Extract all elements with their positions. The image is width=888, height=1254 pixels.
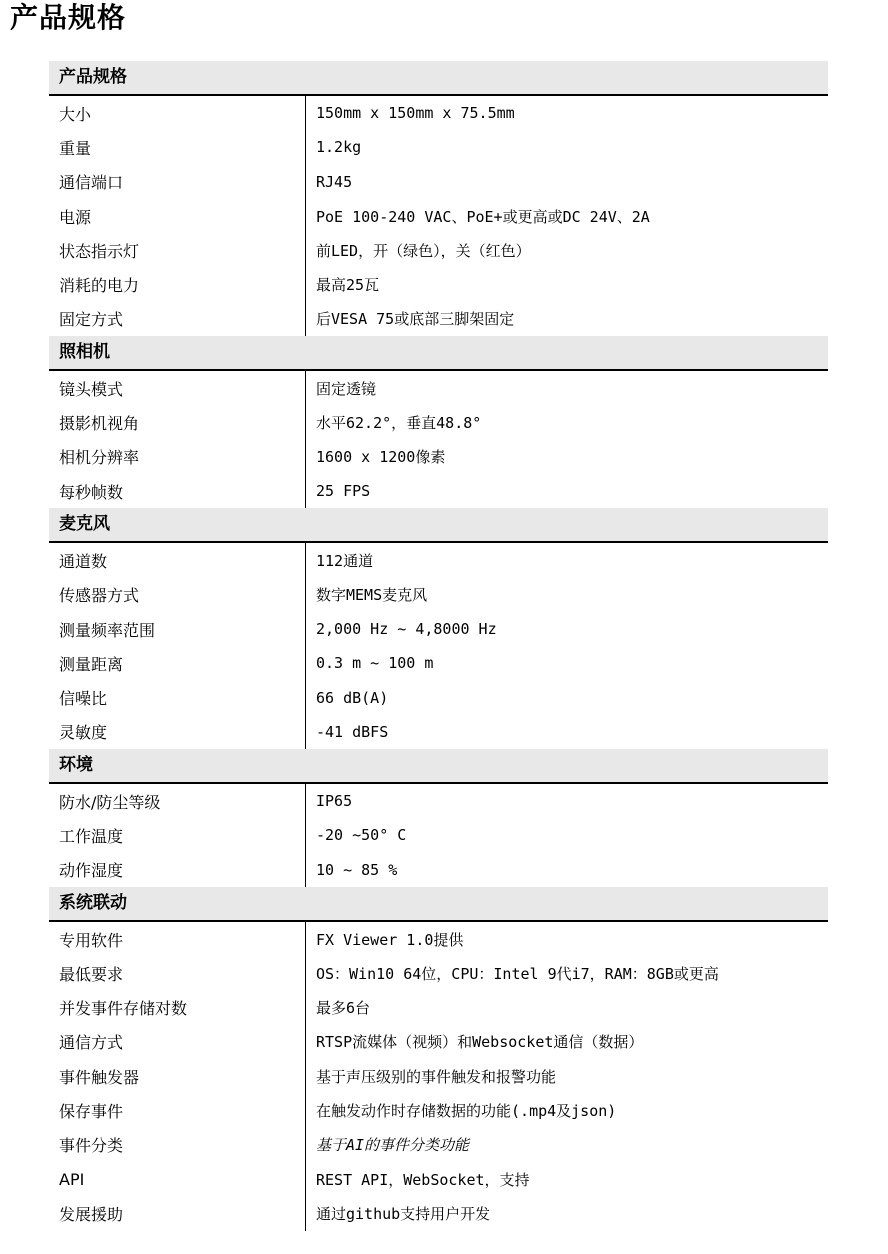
spec-value: 112通道 bbox=[306, 543, 373, 577]
section-header-microphone: 麦克风 bbox=[49, 508, 828, 543]
spec-row-fps: 每秒帧数 25 FPS bbox=[49, 474, 828, 508]
spec-label: 传感器方式 bbox=[49, 578, 306, 612]
spec-value: 水平62.2°，垂直48.8° bbox=[306, 405, 481, 439]
spec-label: 发展援助 bbox=[49, 1196, 306, 1230]
spec-table: 产品规格 大小 150mm x 150mm x 75.5mm 重量 1.2kg … bbox=[49, 61, 828, 1231]
spec-label: 每秒帧数 bbox=[49, 474, 306, 508]
spec-row-software: 专用软件 FX Viewer 1.0提供 bbox=[49, 922, 828, 956]
spec-label: 事件触发器 bbox=[49, 1059, 306, 1093]
spec-value: 25 FPS bbox=[306, 474, 370, 508]
spec-label: API bbox=[49, 1162, 306, 1196]
spec-value: 在触发动作时存储数据的功能(.mp4及json) bbox=[306, 1093, 616, 1127]
spec-label: 消耗的电力 bbox=[49, 267, 306, 301]
spec-value: 最多6台 bbox=[306, 991, 370, 1025]
spec-label: 动作湿度 bbox=[49, 853, 306, 887]
spec-row-frequency-range: 测量频率范围 2,000 Hz ~ 4,8000 Hz bbox=[49, 612, 828, 646]
section-header-system-integration: 系统联动 bbox=[49, 887, 828, 922]
spec-row-communication: 通信方式 RTSP流媒体（视频）和Websocket通信（数据） bbox=[49, 1025, 828, 1059]
spec-value: IP65 bbox=[306, 784, 352, 818]
spec-value: RTSP流媒体（视频）和Websocket通信（数据） bbox=[306, 1025, 643, 1059]
spec-label: 事件分类 bbox=[49, 1128, 306, 1162]
section-header-environment: 环境 bbox=[49, 749, 828, 784]
spec-value: 1600 x 1200像素 bbox=[306, 440, 445, 474]
spec-value: 前LED，开（绿色），关（红色） bbox=[306, 233, 531, 267]
spec-label: 工作温度 bbox=[49, 818, 306, 852]
spec-row-power: 电源 PoE 100-240 VAC、PoE+或更高或DC 24V、2A bbox=[49, 199, 828, 233]
spec-row-status-led: 状态指示灯 前LED，开（绿色），关（红色） bbox=[49, 233, 828, 267]
spec-value: 66 dB(A) bbox=[306, 680, 388, 714]
spec-value: REST API，WebSocket，支持 bbox=[306, 1162, 530, 1196]
spec-row-ip-rating: 防水/防尘等级 IP65 bbox=[49, 784, 828, 818]
spec-label: 测量距离 bbox=[49, 646, 306, 680]
spec-row-power-consumption: 消耗的电力 最高25瓦 bbox=[49, 267, 828, 301]
spec-row-lens-mode: 镜头模式 固定透镜 bbox=[49, 371, 828, 405]
section-header-product-specs: 产品规格 bbox=[49, 61, 828, 96]
spec-row-dev-support: 发展援助 通过github支持用户开发 bbox=[49, 1196, 828, 1230]
spec-row-sensitivity: 灵敏度 -41 dBFS bbox=[49, 715, 828, 749]
spec-value: RJ45 bbox=[306, 165, 352, 199]
spec-row-humidity: 动作湿度 10 ~ 85 % bbox=[49, 853, 828, 887]
spec-label: 固定方式 bbox=[49, 302, 306, 336]
spec-value: 固定透镜 bbox=[306, 371, 376, 405]
spec-value: 150mm x 150mm x 75.5mm bbox=[306, 96, 515, 130]
spec-row-event-trigger: 事件触发器 基于声压级别的事件触发和报警功能 bbox=[49, 1059, 828, 1093]
spec-value: 后VESA 75或底部三脚架固定 bbox=[306, 302, 514, 336]
spec-row-save-event: 保存事件 在触发动作时存储数据的功能(.mp4及json) bbox=[49, 1093, 828, 1127]
spec-row-api: API REST API，WebSocket，支持 bbox=[49, 1162, 828, 1196]
section-header-camera: 照相机 bbox=[49, 336, 828, 371]
spec-label: 镜头模式 bbox=[49, 371, 306, 405]
spec-label: 专用软件 bbox=[49, 922, 306, 956]
spec-label: 电源 bbox=[49, 199, 306, 233]
spec-row-event-classification: 事件分类 基于AI的事件分类功能 bbox=[49, 1128, 828, 1162]
spec-label: 重量 bbox=[49, 130, 306, 164]
spec-label: 通信端口 bbox=[49, 165, 306, 199]
spec-label: 摄影机视角 bbox=[49, 405, 306, 439]
spec-value: 基于声压级别的事件触发和报警功能 bbox=[306, 1059, 556, 1093]
spec-value: 通过github支持用户开发 bbox=[306, 1196, 490, 1230]
spec-value: -20 ~50° C bbox=[306, 818, 406, 852]
spec-value: PoE 100-240 VAC、PoE+或更高或DC 24V、2A bbox=[306, 199, 650, 233]
spec-label: 通道数 bbox=[49, 543, 306, 577]
spec-row-resolution: 相机分辨率 1600 x 1200像素 bbox=[49, 440, 828, 474]
spec-row-channels: 通道数 112通道 bbox=[49, 543, 828, 577]
spec-row-operating-temp: 工作温度 -20 ~50° C bbox=[49, 818, 828, 852]
spec-label: 相机分辨率 bbox=[49, 440, 306, 474]
spec-row-concurrent-storage: 并发事件存储对数 最多6台 bbox=[49, 991, 828, 1025]
spec-value: -41 dBFS bbox=[306, 715, 388, 749]
spec-label: 信噪比 bbox=[49, 680, 306, 714]
spec-label: 测量频率范围 bbox=[49, 612, 306, 646]
spec-label: 并发事件存储对数 bbox=[49, 991, 306, 1025]
spec-label: 通信方式 bbox=[49, 1025, 306, 1059]
spec-label: 防水/防尘等级 bbox=[49, 784, 306, 818]
spec-row-distance: 测量距离 0.3 m ~ 100 m bbox=[49, 646, 828, 680]
spec-row-snr: 信噪比 66 dB(A) bbox=[49, 680, 828, 714]
spec-value: 基于AI的事件分类功能 bbox=[306, 1128, 469, 1162]
spec-row-size: 大小 150mm x 150mm x 75.5mm bbox=[49, 96, 828, 130]
spec-label: 保存事件 bbox=[49, 1093, 306, 1127]
spec-value: 0.3 m ~ 100 m bbox=[306, 646, 433, 680]
spec-row-weight: 重量 1.2kg bbox=[49, 130, 828, 164]
spec-label: 最低要求 bbox=[49, 956, 306, 990]
spec-value: 1.2kg bbox=[306, 130, 361, 164]
spec-row-mounting: 固定方式 后VESA 75或底部三脚架固定 bbox=[49, 302, 828, 336]
spec-row-min-requirements: 最低要求 OS：Win10 64位，CPU：Intel 9代i7，RAM：8GB… bbox=[49, 956, 828, 990]
page-title: 产品规格 bbox=[10, 0, 126, 36]
spec-value: 10 ~ 85 % bbox=[306, 853, 397, 887]
spec-value: 最高25瓦 bbox=[306, 267, 379, 301]
spec-row-sensor-type: 传感器方式 数字MEMS麦克风 bbox=[49, 578, 828, 612]
spec-value: OS：Win10 64位，CPU：Intel 9代i7，RAM：8GB或更高 bbox=[306, 956, 719, 990]
spec-row-port: 通信端口 RJ45 bbox=[49, 165, 828, 199]
spec-label: 灵敏度 bbox=[49, 715, 306, 749]
spec-label: 状态指示灯 bbox=[49, 233, 306, 267]
spec-value: 数字MEMS麦克风 bbox=[306, 578, 427, 612]
spec-row-field-of-view: 摄影机视角 水平62.2°，垂直48.8° bbox=[49, 405, 828, 439]
spec-label: 大小 bbox=[49, 96, 306, 130]
spec-value: FX Viewer 1.0提供 bbox=[306, 922, 463, 956]
spec-value: 2,000 Hz ~ 4,8000 Hz bbox=[306, 612, 497, 646]
